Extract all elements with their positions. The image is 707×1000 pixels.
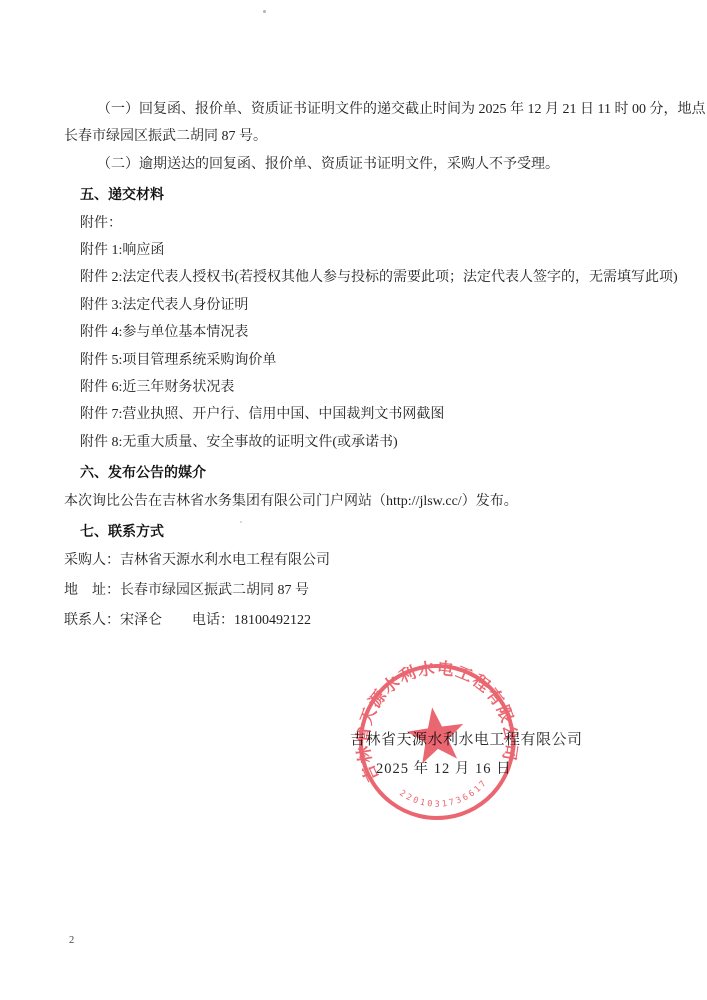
section-heading-media: 六、发布公告的媒介: [0, 460, 707, 487]
document-body: （一）回复函、报价单、资质证书证明文件的递交截止时间为 2025 年 12 月 …: [0, 0, 707, 635]
attachment-item-2: 附件 2:法定代表人授权书(若授权其他人参与投标的需要此项；法定代表人签字的，无…: [0, 264, 707, 291]
purchaser-line: 采购人：吉林省天源水利水电工程有限公司: [0, 547, 707, 574]
page-number: 2: [69, 935, 74, 946]
seal-star-icon: [404, 703, 468, 765]
attachment-item-5: 附件 5:项目管理系统采购询价单: [0, 347, 707, 374]
contact-line: 联系人：宋泽仑电话：18100492122: [0, 607, 707, 634]
attachments-label: 附件：: [0, 210, 707, 237]
paragraph-late-delivery: （二）逾期送达的回复函、报价单、资质证书证明文件，采购人不予受理。: [0, 151, 707, 178]
contact-phone: 电话：18100492122: [192, 613, 311, 628]
svg-text:2201031736617: 2201031736617: [396, 776, 492, 815]
attachment-item-1: 附件 1:响应函: [0, 237, 707, 264]
section-heading-contact: 七、联系方式: [0, 519, 707, 546]
seal-serial-number: 2201031736617: [396, 776, 492, 815]
attachment-item-7: 附件 7:营业执照、开户行、信用中国、中国裁判文书网截图: [0, 401, 707, 428]
address-line: 地 址：长春市绿园区振武二胡同 87 号: [0, 577, 707, 604]
paragraph-deadline-wrap: 长春市绿园区振武二胡同 87 号。: [0, 123, 707, 150]
attachment-item-6: 附件 6:近三年财务状况表: [0, 374, 707, 401]
company-seal-stamp: 吉林省天源水利水电工程有限公司 2201031736617: [352, 657, 522, 827]
section-heading-materials: 五、递交材料: [0, 182, 707, 209]
document-page: （一）回复函、报价单、资质证书证明文件的递交截止时间为 2025 年 12 月 …: [0, 0, 707, 1000]
contact-name: 联系人：宋泽仑: [64, 613, 162, 628]
attachment-item-3: 附件 3:法定代表人身份证明: [0, 292, 707, 319]
paragraph-publication: 本次询比公告在吉林省水务集团有限公司门户网站（http://jlsw.cc/）发…: [0, 488, 707, 515]
attachment-item-8: 附件 8:无重大质量、安全事故的证明文件(或承诺书): [0, 429, 707, 456]
attachment-item-4: 附件 4:参与单位基本情况表: [0, 319, 707, 346]
paragraph-deadline: （一）回复函、报价单、资质证书证明文件的递交截止时间为 2025 年 12 月 …: [0, 96, 707, 123]
